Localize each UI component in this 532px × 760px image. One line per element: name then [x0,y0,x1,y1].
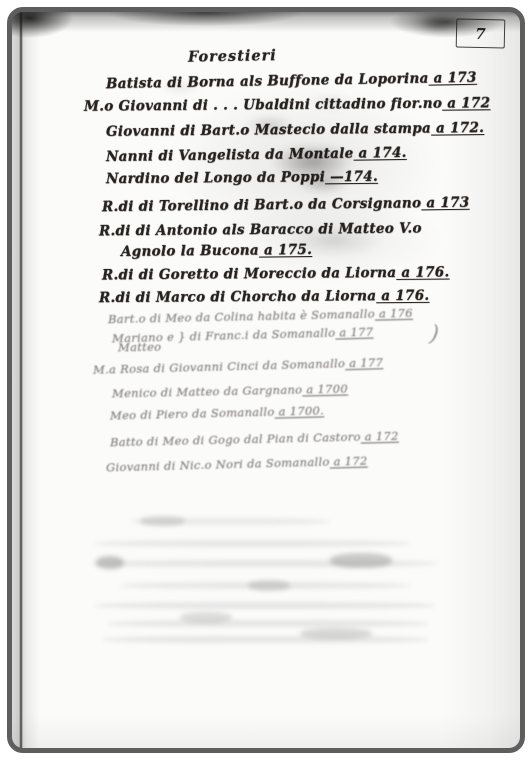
manuscript-line: Batto di Meo di Gogo dal Pian di Castoro… [110,431,399,449]
manuscript-line: M.a Rosa di Giovanni Cinci da Somanallo … [93,357,383,376]
entry-folio-ref: a 172. [431,120,484,137]
entry-text: Matteo [118,340,162,355]
entry-folio-ref: a 176 [375,306,413,321]
margin-paren-mark: ) [428,322,440,348]
ghost-text-line [95,602,435,609]
entry-text: M.a Rosa di Giovanni Cinci da Somanallo [93,356,346,377]
scan-area: 7 Forestieri Batista di Borna als Buffon… [10,10,522,750]
entry-folio-ref: a 1700. [274,403,324,418]
entry-folio-ref: a 1700 [302,382,348,397]
entry-text: Menico di Matteo da Gargnano [112,382,303,400]
ink-smudge [300,92,360,112]
ink-smudge [150,78,210,96]
ghost-text-line [248,580,290,591]
manuscript-line: Menico di Matteo da Gargnano a 1700 [112,384,348,400]
folio-number: 7 [475,24,486,42]
entry-folio-ref: a 172 [442,95,490,111]
manuscript-line: R.di di Goretto di Moreccio da Liorna a … [102,266,450,283]
ink-smudge [270,220,400,262]
entry-text: Agnolo la Bucona [121,243,259,260]
ghost-text-line [95,540,410,547]
page-heading: Forestieri [188,47,277,66]
manuscript-line: R.di di Marco di Chorcho da Liorna a 176… [99,290,429,306]
ghost-text-line [330,553,392,568]
scan-content: 7 Forestieri Batista di Borna als Buffon… [10,10,522,750]
manuscript-line: Bart.o di Meo da Colina habita è Somanal… [108,308,413,326]
manuscript-line: Matteo [118,342,162,354]
ghost-text-line [103,636,428,643]
entry-text: Bart.o di Meo da Colina habita è Somanal… [108,307,375,327]
entry-text: R.di di Goretto di Moreccio da Liorna [102,265,396,284]
entry-text: Giovanni di Nic.o Nori da Somanallo [106,455,330,475]
entry-text: Meo di Piero da Somanallo [110,405,275,423]
entry-text: R.di di Torellino di Bart.o da Corsignan… [102,195,422,215]
ghost-text-line [140,516,185,526]
page-edge-line [20,10,22,750]
entry-folio-ref: a 177 [345,355,383,370]
ghost-text-line [108,620,428,627]
scanned-manuscript-page: 7 Forestieri Batista di Borna als Buffon… [0,0,532,760]
entry-text: Batto di Meo di Gogo dal Pian di Castoro [110,430,361,450]
entry-folio-ref: a 177 [335,325,373,340]
entry-text: R.di di Marco di Chorcho da Liorna [99,288,376,306]
ink-smudge [408,12,468,34]
ink-smudge [236,112,302,138]
entry-folio-ref: a 176. [376,288,429,304]
manuscript-line: R.di di Torellino di Bart.o da Corsignan… [102,197,470,215]
ghost-text-line [96,556,124,569]
manuscript-line: Giovanni di Nic.o Nori da Somanallo a 17… [106,456,368,474]
manuscript-line: Meo di Piero da Somanallo a 1700. [110,405,324,422]
ink-smudge [288,170,358,196]
entry-folio-ref: a 173 [428,70,476,87]
entry-folio-ref: a 176. [396,264,449,280]
entry-folio-ref: a 172 [361,429,399,444]
entry-folio-ref: a 172 [329,454,367,469]
entry-folio-ref: a 173 [421,195,469,212]
manuscript-line: M.o Giovanni di . . . Ubaldini cittadino… [84,97,490,114]
